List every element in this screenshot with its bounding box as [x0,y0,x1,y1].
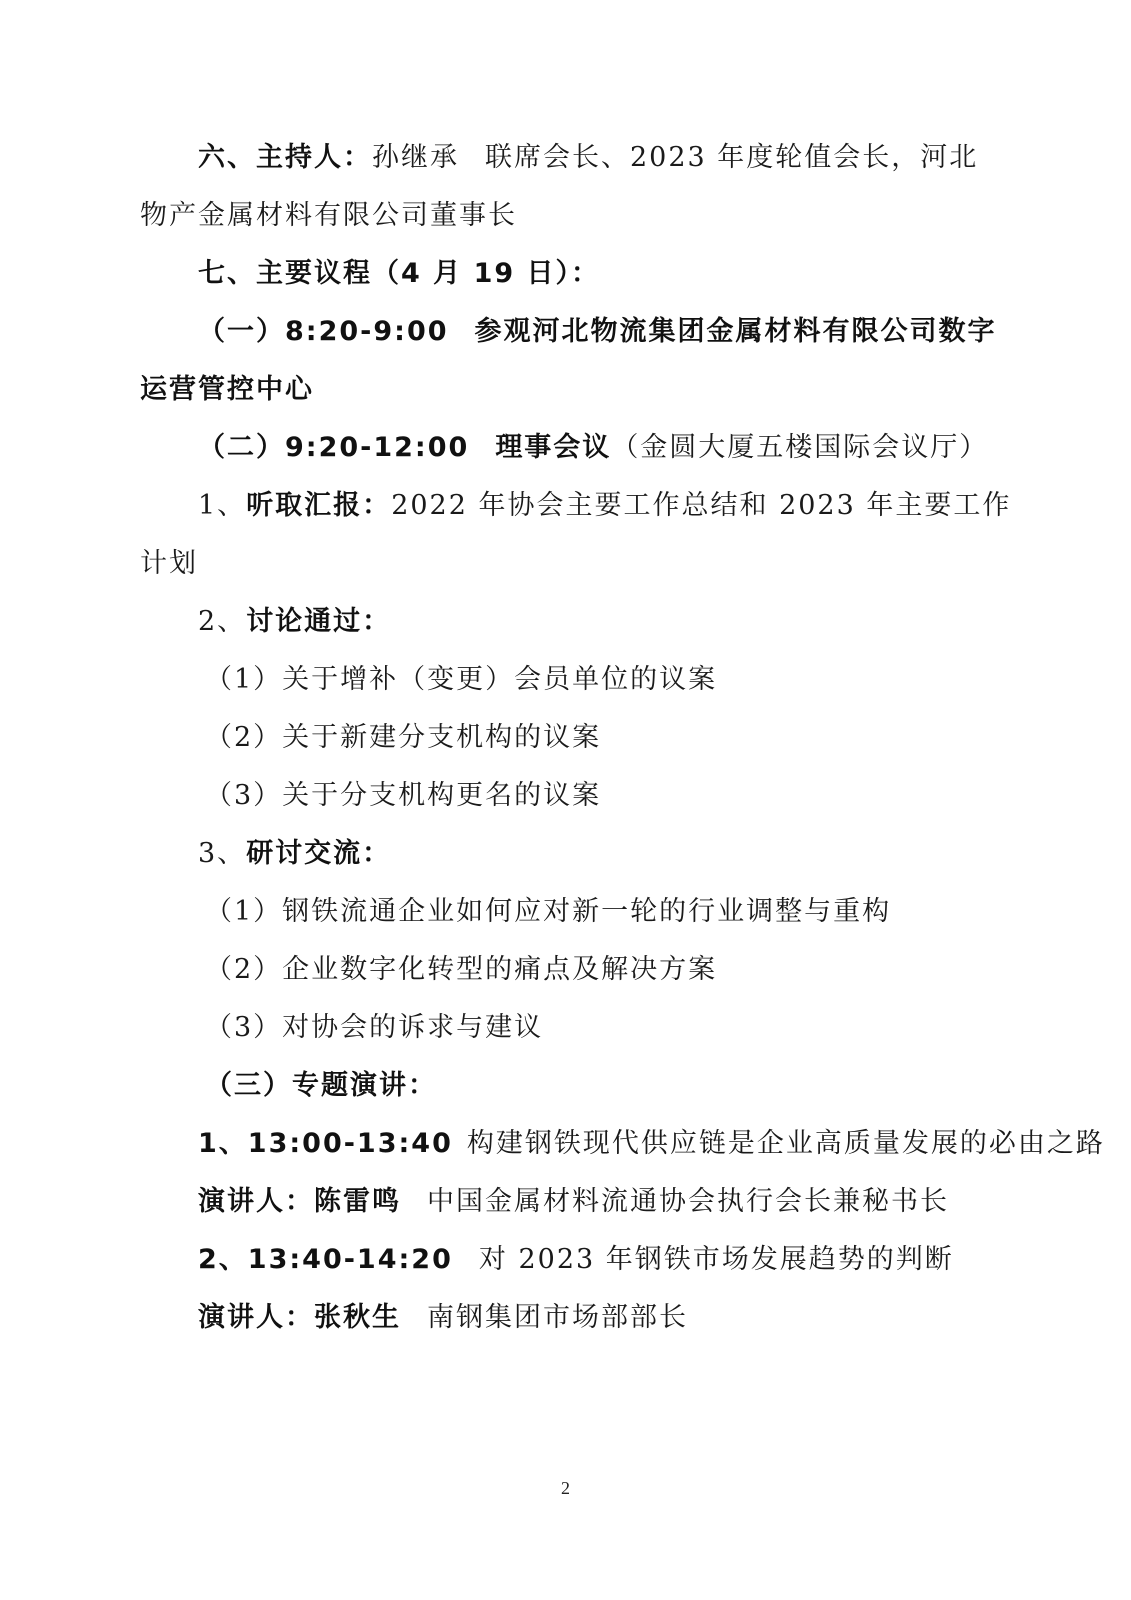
part1-time: （一）8:20-9:00 [198,316,449,347]
agenda-part1: （一）8:20-9:00参观河北物流集团金属材料有限公司数字 [198,314,1048,350]
item1-text-continued: 计划 [140,546,990,582]
document-page: 六、主持人：孙继承联席会长、2023 年度轮值会长，河北 物产金属材料有限公司董… [0,0,1131,1600]
page-number: 2 [0,1478,1131,1499]
item3-heading: 研讨交流： [246,838,391,869]
talk-2: 2、13:40-14:20对 2023 年钢铁市场发展趋势的判断 [198,1242,1048,1278]
part2-item3: 3、研讨交流： [198,836,1048,872]
talk1-topic: 构建钢铁现代供应链是企业高质量发展的必由之路 [467,1128,1105,1159]
item3-label: 3、 [198,838,246,869]
item1-label: 1、 [198,490,246,521]
speaker-label: 演讲人： [198,1186,314,1217]
item2-heading: 讨论通过： [246,606,391,637]
part2-location: （金圆大厦五楼国际会议厅） [611,432,988,463]
host-title-continued: 物产金属材料有限公司董事长 [140,198,990,234]
speaker-title: 南钢集团市场部部长 [427,1302,688,1333]
item2-subitem: （2）关于新建分支机构的议案 [205,720,1055,756]
part1-title: 参观河北物流集团金属材料有限公司数字 [475,316,997,347]
part2-time: （二）9:20-12:00 [198,432,469,463]
section6-heading: 六、主持人： [198,142,372,173]
speaker-title: 中国金属材料流通协会执行会长兼秘书长 [427,1186,949,1217]
host-line: 六、主持人：孙继承联席会长、2023 年度轮值会长，河北 [198,140,1048,176]
talk2-time: 2、13:40-14:20 [198,1244,453,1275]
part2-item1: 1、听取汇报：2022 年协会主要工作总结和 2023 年主要工作 [198,488,1048,524]
part1-title-continued: 运营管控中心 [140,372,990,408]
speaker-label: 演讲人： [198,1302,314,1333]
talk2-speaker: 演讲人：张秋生南钢集团市场部部长 [198,1300,1048,1336]
talk-1: 1、13:00-13:40构建钢铁现代供应链是企业高质量发展的必由之路 [198,1126,1048,1162]
item3-subitem: （3）对协会的诉求与建议 [205,1010,1055,1046]
item2-subitem: （3）关于分支机构更名的议案 [205,778,1055,814]
speaker-name: 张秋生 [314,1302,401,1333]
agenda-part3-heading: （三）专题演讲： [205,1068,1055,1104]
talk1-speaker: 演讲人：陈雷鸣中国金属材料流通协会执行会长兼秘书长 [198,1184,1048,1220]
speaker-name: 陈雷鸣 [314,1186,401,1217]
part2-item2: 2、讨论通过： [198,604,1048,640]
item1-text: 2022 年协会主要工作总结和 2023 年主要工作 [391,490,1011,521]
item1-heading: 听取汇报： [246,490,391,521]
item2-subitem: （1）关于增补（变更）会员单位的议案 [205,662,1055,698]
host-title-line1: 联席会长、2023 年度轮值会长，河北 [485,142,978,173]
item2-label: 2、 [198,606,246,637]
talk2-topic: 对 2023 年钢铁市场发展趋势的判断 [479,1244,954,1275]
agenda-part2: （二）9:20-12:00理事会议（金圆大厦五楼国际会议厅） [198,430,1048,466]
section7-heading: 七、主要议程（4 月 19 日）： [198,256,1048,292]
talk1-time: 1、13:00-13:40 [198,1128,453,1159]
part2-title: 理事会议 [495,432,611,463]
host-name: 孙继承 [372,142,459,173]
item3-subitem: （1）钢铁流通企业如何应对新一轮的行业调整与重构 [205,894,1055,930]
item3-subitem: （2）企业数字化转型的痛点及解决方案 [205,952,1055,988]
